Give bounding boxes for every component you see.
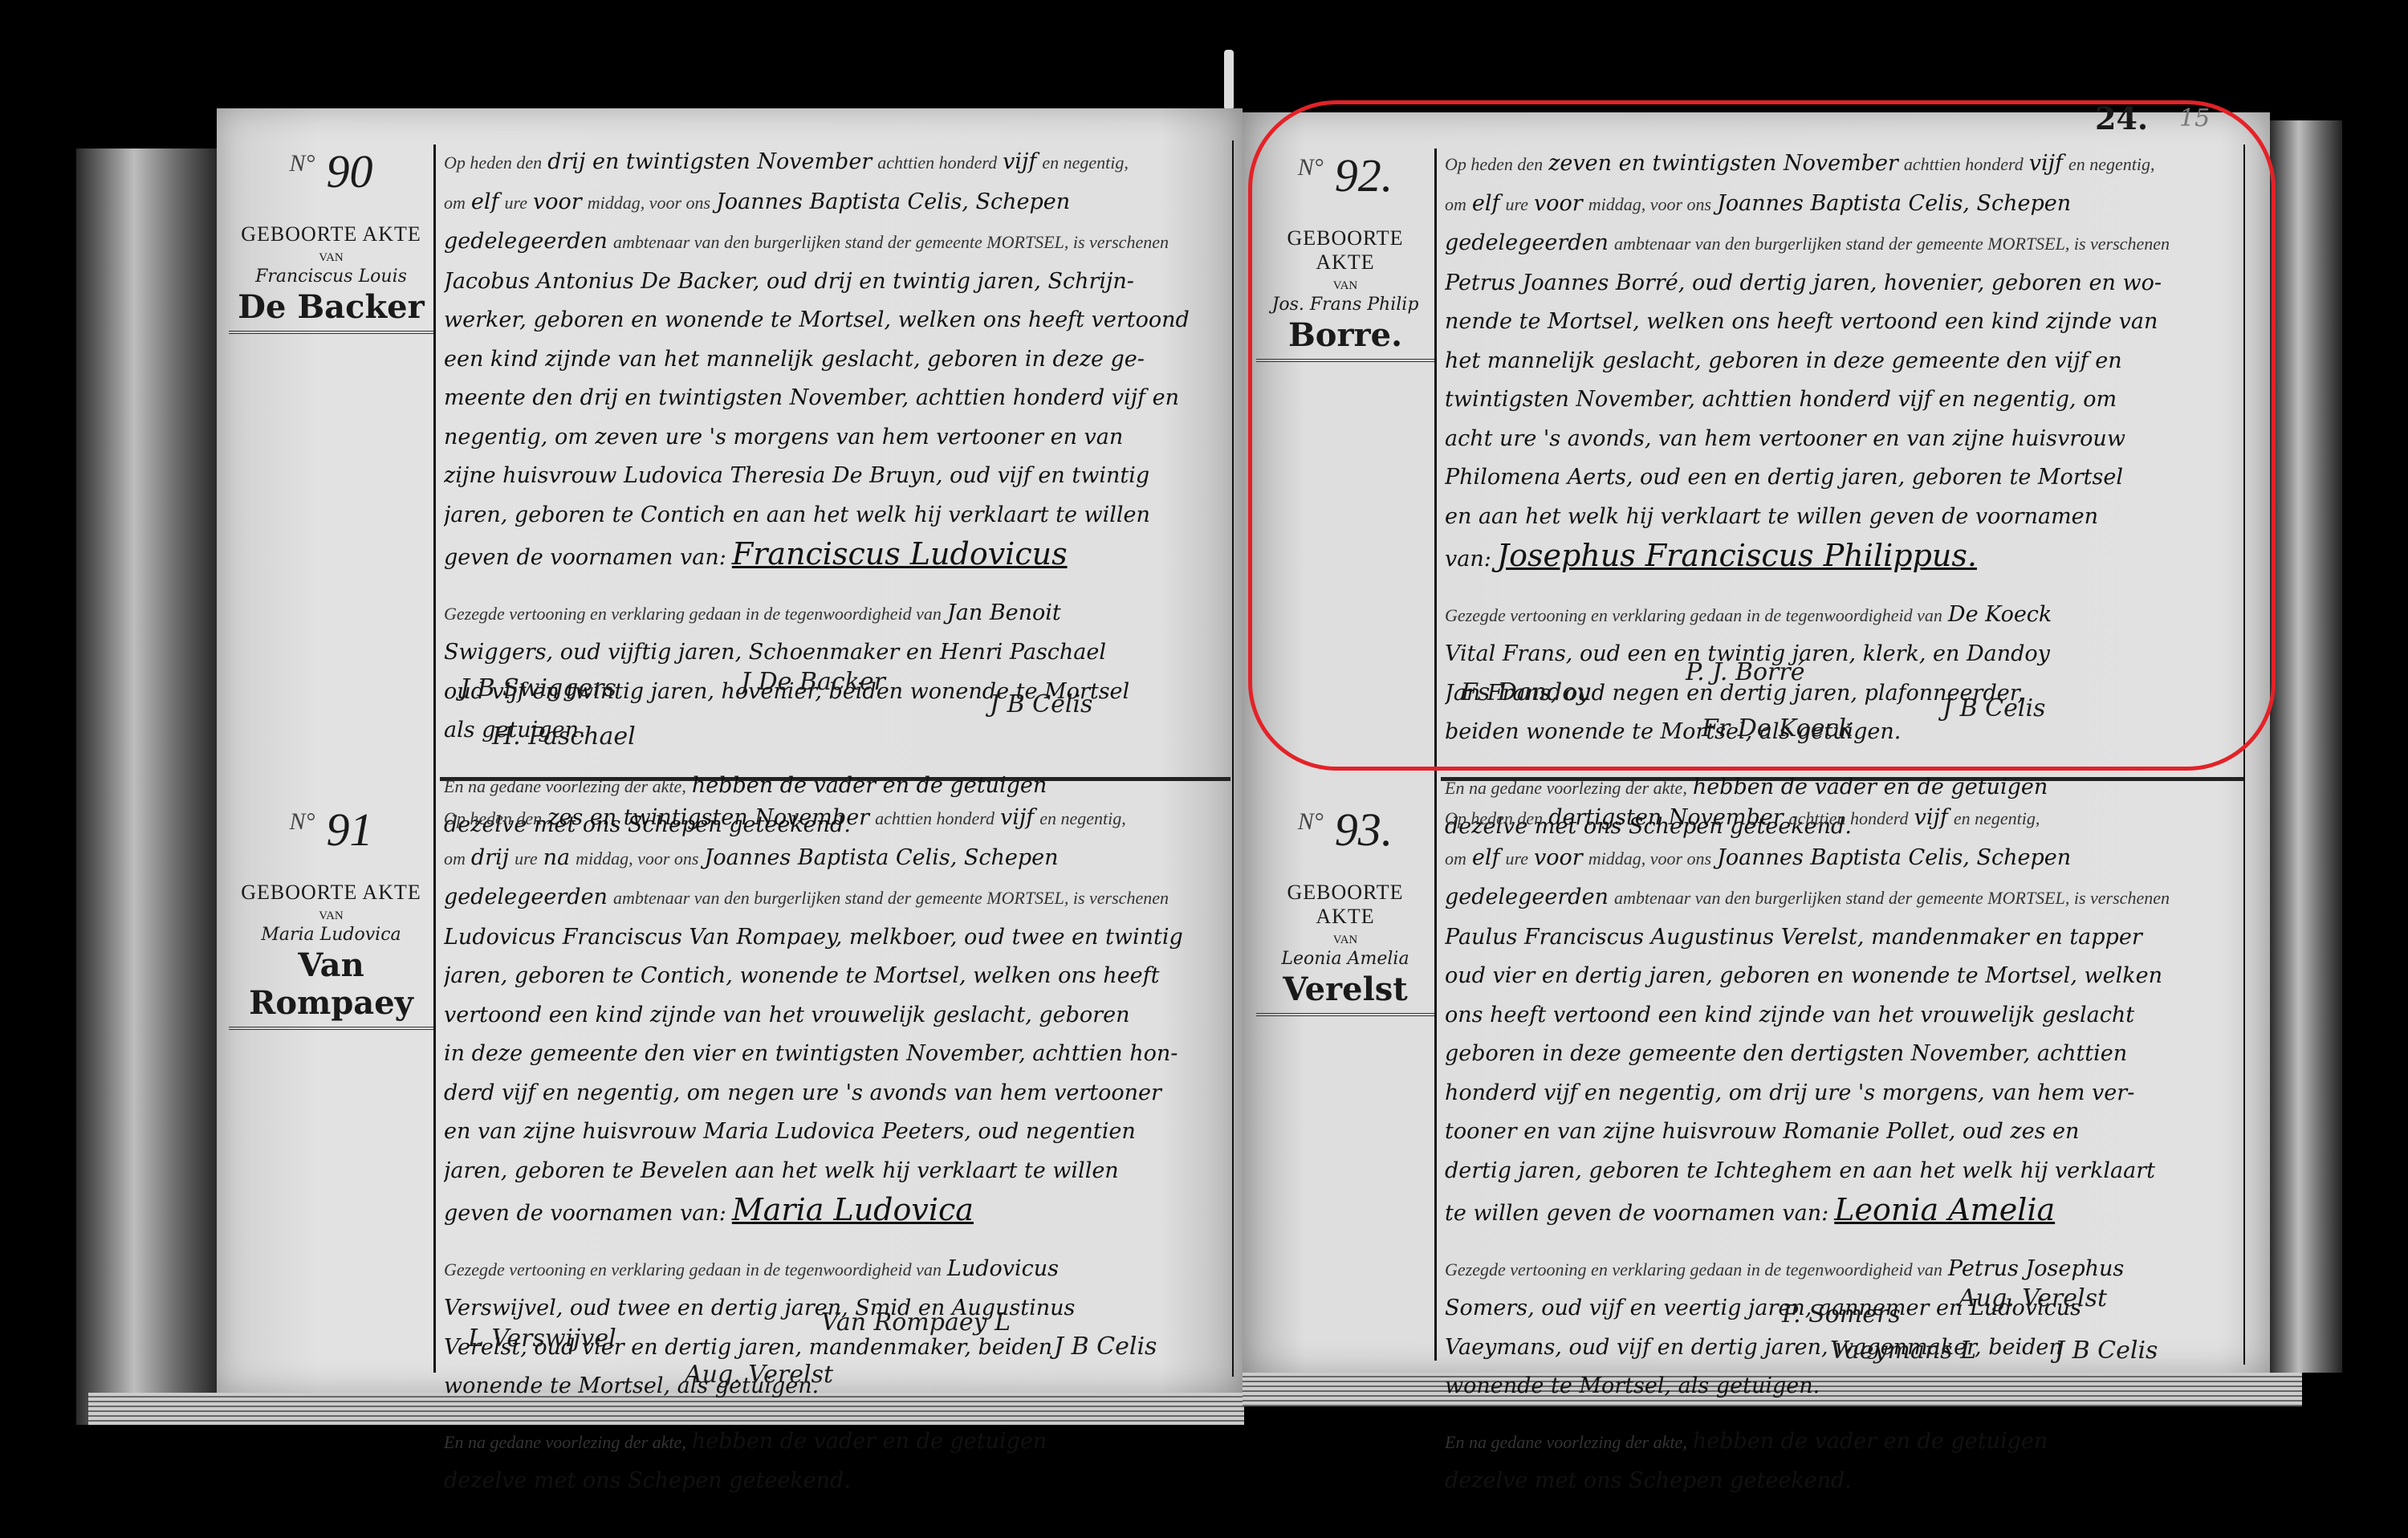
bookmark-ribbon [1224, 50, 1234, 110]
page-corner-mark: 15 [2179, 104, 2210, 132]
signature: H. Paschael [492, 722, 636, 751]
signature: J B Swiggers [460, 674, 616, 702]
van-label: VAN [229, 251, 433, 265]
child-surname: Borre. [1256, 316, 1434, 362]
entry-93-body: Op heden den dertigsten November achttie… [1445, 799, 2243, 1501]
akte-heading: GEBOORTE AKTE [229, 222, 433, 246]
akte-heading: GEBOORTE AKTE [1256, 226, 1434, 275]
entry-number: N°93. [1256, 803, 1434, 856]
child-surname: Verelst [1256, 970, 1434, 1016]
given-names-declared: Maria Ludovica [732, 1192, 974, 1227]
signature: P. J. Borré [1686, 658, 1805, 686]
entry-92-signatures: Fs Dandoy P. J. Borré Fr De Koeck J B Ce… [1445, 670, 2243, 767]
entry-number: N°91 [229, 803, 433, 856]
entry-93-margin: N°93. GEBOORTE AKTE VAN Leonia Amelia Ve… [1256, 803, 1434, 1016]
entry-90-signatures: J B Swiggers J De Backer J B Celis H. Pa… [444, 674, 1230, 771]
child-given-names: Jos. Frans Philip [1256, 295, 1434, 315]
akte-heading: GEBOORTE AKTE [1256, 881, 1434, 929]
signature: J B Celis [2055, 1337, 2158, 1365]
signature: Aug. Verelst [685, 1361, 833, 1389]
signature: J B Celis [1942, 694, 2045, 722]
child-surname: De Backer [229, 288, 433, 334]
book-page-edges-left [76, 149, 221, 1425]
right-page-column-rule [1434, 149, 1437, 1361]
given-names-declared: Josephus Franciscus Philippus. [1497, 538, 1977, 573]
entry-92-margin: N°92. GEBOORTE AKTE VAN Jos. Frans Phili… [1256, 149, 1434, 362]
signature: J B Celis [990, 690, 1092, 718]
child-given-names: Leonia Amelia [1256, 949, 1434, 969]
van-label: VAN [1256, 934, 1434, 947]
given-names-declared: Leonia Amelia [1834, 1192, 2055, 1227]
page-number: 24. [2095, 100, 2148, 136]
signature: L Verswijvel [468, 1324, 616, 1353]
signature: Fs Dandoy [1461, 678, 1590, 706]
child-given-names: Franciscus Louis [229, 267, 433, 287]
signature: J B Celis [1054, 1333, 1157, 1361]
child-surname: Van Rompaey [229, 946, 433, 1030]
entry-93-signatures: P. Somers Aug. Verelst Vaeymans L J B Ce… [1445, 1284, 2243, 1373]
entry-number: N°92. [1256, 149, 1434, 202]
entry-91-margin: N°91 GEBOORTE AKTE VAN Maria Ludovica Va… [229, 803, 433, 1030]
given-names-declared: Franciscus Ludovicus [732, 536, 1068, 572]
right-page-outer-rule [2243, 144, 2245, 1365]
entry-91-signatures: L Verswijvel Van Rompaey L J B Celis Aug… [444, 1316, 1230, 1397]
book-page-edges-right [2270, 120, 2342, 1373]
van-label: VAN [229, 909, 433, 923]
signature: Van Rompaey L [821, 1308, 1011, 1337]
left-page-column-rule [433, 144, 436, 1373]
left-page-outer-rule [1232, 140, 1234, 1377]
entry-90-margin: N°90 GEBOORTE AKTE VAN Franciscus Louis … [229, 144, 433, 334]
entry-number: N°90 [229, 144, 433, 198]
signature: Fr De Koeck [1702, 714, 1853, 743]
signature: P. Somers [1782, 1300, 1901, 1328]
signature: J De Backer [741, 668, 885, 696]
child-given-names: Maria Ludovica [229, 925, 433, 945]
signature: Vaeymans L [1830, 1337, 1976, 1365]
van-label: VAN [1256, 279, 1434, 293]
signature: Aug. Verelst [1959, 1284, 2107, 1312]
akte-heading: GEBOORTE AKTE [229, 881, 433, 905]
